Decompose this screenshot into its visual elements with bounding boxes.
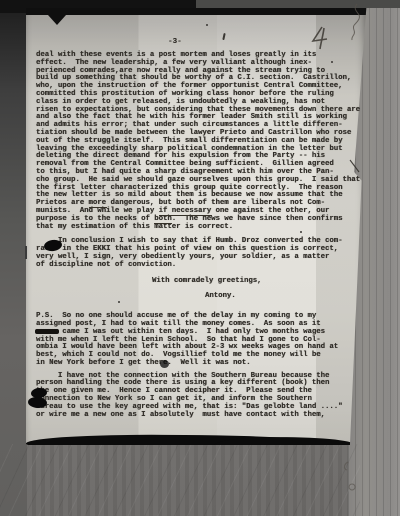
paragraphs-container: deal with these events is a post mortem … xyxy=(36,52,366,419)
paper-notch xyxy=(48,15,66,25)
paragraph-signature: Antony. xyxy=(205,293,366,301)
underline-both xyxy=(154,223,172,224)
letter-body: -3- deal with these events is a post mor… xyxy=(36,38,366,419)
underline-more xyxy=(89,207,107,208)
paragraph-conclusion: In conclusion I wish to say that if Humb… xyxy=(36,238,366,269)
page-number: -3- xyxy=(168,38,366,46)
paper-top-edge xyxy=(26,8,367,15)
typed-strikeout-mark xyxy=(35,329,59,334)
paragraph-body: deal with these events is a post mortem … xyxy=(36,52,366,231)
photocopied-letter-scan: -3- deal with these events is a post mor… xyxy=(0,0,400,516)
paper-speck xyxy=(118,301,120,303)
paragraph-closing: With comradely greetings, xyxy=(152,278,366,286)
paragraph-postscript: P.S. So no one should accuse me of the d… xyxy=(36,313,366,368)
scan-background-left xyxy=(0,0,27,516)
paper-speck xyxy=(331,61,333,63)
scan-background-bottom xyxy=(0,444,360,516)
margin-tick-mark xyxy=(25,246,27,259)
paper-speck xyxy=(206,24,208,26)
ink-smudge xyxy=(160,360,169,368)
paragraph-code-request: I have not the connection with the South… xyxy=(36,373,366,420)
underline-if-necessary xyxy=(159,215,212,216)
paper-speck xyxy=(300,231,302,233)
